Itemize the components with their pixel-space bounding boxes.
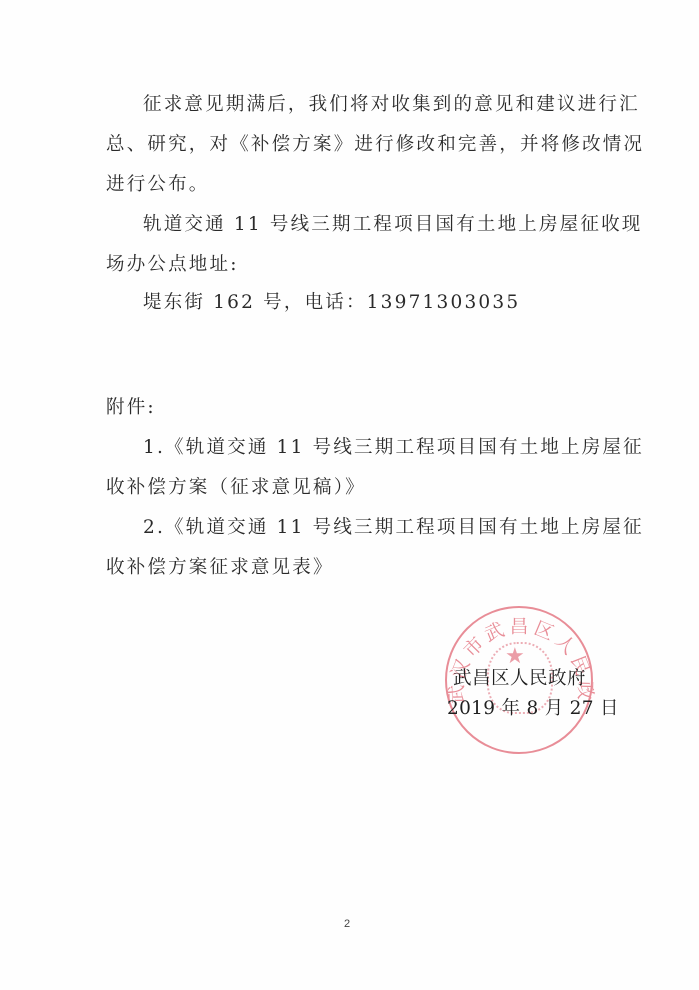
paragraph-2-line-2: 场办公点地址: bbox=[106, 253, 239, 277]
attachment-1-line-2: 收补偿方案（征求意见稿）》 bbox=[106, 476, 366, 500]
paragraph-1-line-3: 进行公布。 bbox=[106, 173, 210, 197]
attachment-1-line-1: 1.《轨道交通 11 号线三期工程项目国有土地上房屋征 bbox=[143, 436, 644, 460]
paragraph-2-line-1: 轨道交通 11 号线三期工程项目国有土地上房屋征收现 bbox=[143, 213, 643, 237]
document-page: 征求意见期满后，我们将对收集到的意见和建议进行汇 总、研究，对《补偿方案》进行修… bbox=[0, 0, 699, 990]
issue-date: 2019 年 8 月 27 日 bbox=[447, 697, 619, 721]
attachment-2-line-2: 收补偿方案征求意见表》 bbox=[106, 556, 334, 580]
page-number: 2 bbox=[344, 918, 350, 930]
paragraph-1-line-1: 征求意见期满后，我们将对收集到的意见和建议进行汇 bbox=[143, 93, 640, 117]
address-phone-line: 堤东街 162 号，电话：13971303035 bbox=[143, 291, 520, 315]
issuer-name: 武昌区人民政府 bbox=[453, 667, 586, 691]
paragraph-1-line-2: 总、研究，对《补偿方案》进行修改和完善，并将修改情况 bbox=[106, 133, 644, 157]
attachments-label: 附件: bbox=[106, 396, 156, 420]
attachment-2-line-1: 2.《轨道交通 11 号线三期工程项目国有土地上房屋征 bbox=[143, 516, 644, 540]
